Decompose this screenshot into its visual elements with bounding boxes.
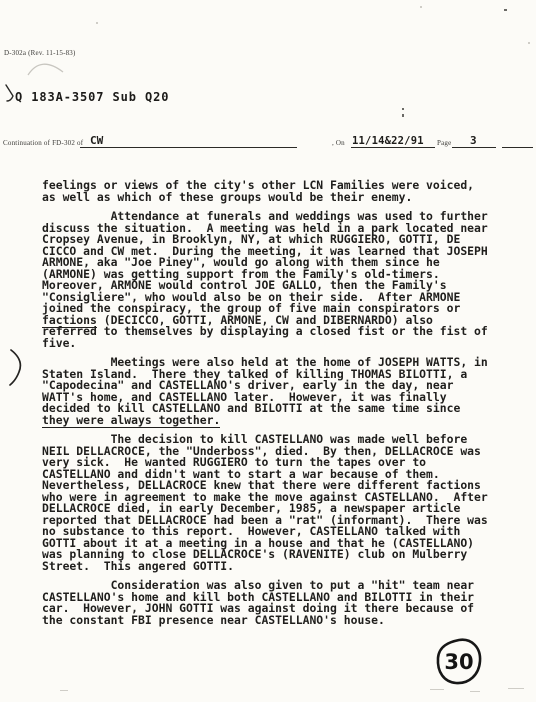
scan-speck — [420, 6, 422, 8]
document-body: feelings or views of the city's other LC… — [42, 180, 512, 634]
paragraph: Meetings were also held at the home of J… — [42, 357, 512, 426]
scan-speck — [402, 108, 404, 110]
on-label: , On — [332, 139, 345, 147]
paragraph: Attendance at funerals and weddings was … — [42, 211, 512, 349]
scan-speck — [504, 9, 507, 11]
form-number: D-302a (Rev. 11-15-83) — [4, 49, 76, 57]
paragraph: feelings or views of the city's other LC… — [42, 180, 512, 203]
page-number-field: 3 — [452, 133, 496, 148]
scan-speck — [508, 688, 524, 689]
circled-page-number: 30 — [444, 650, 473, 674]
margin-paren-annotation — [7, 347, 29, 393]
text-line: Street. This angered GOTTI. — [42, 561, 512, 573]
text-line: as well as which of these groups would b… — [42, 192, 512, 204]
blank-rule-segment — [502, 133, 533, 148]
date-value: 11/14&22/91 — [352, 135, 424, 147]
scan-speck — [470, 691, 480, 692]
text-line: they were always together. — [42, 415, 512, 427]
continuation-header: Continuation of FD-302 of CW , On 11/14&… — [0, 133, 536, 151]
scan-speck — [402, 114, 404, 117]
subject-value: CW — [90, 134, 103, 147]
case-id: Q 183A-3507 Sub Q20 — [15, 90, 169, 104]
scanned-document-page: D-302a (Rev. 11-15-83) Q 183A-3507 Sub Q… — [0, 0, 536, 702]
paragraph: Consideration was also given to put a "h… — [42, 580, 512, 626]
text-line: referred to themselves by displaying a c… — [42, 326, 512, 338]
text-line: five. — [42, 338, 512, 350]
text-line: the constant FBI presence near CASTELLAN… — [42, 615, 512, 627]
scan-speck — [96, 22, 98, 24]
circled-page-annotation: 30 — [433, 637, 485, 687]
date-field: 11/14&22/91 — [351, 133, 435, 148]
page-label: Page — [437, 139, 451, 147]
paragraph: The decision to kill CASTELLANO was made… — [42, 434, 512, 572]
subject-field: CW — [80, 133, 297, 148]
continuation-label: Continuation of FD-302 of — [3, 139, 83, 147]
scan-speck — [60, 690, 68, 691]
pencil-arc-artifact — [27, 59, 65, 83]
page-number-value: 3 — [470, 134, 477, 147]
scan-speck — [528, 42, 530, 44]
scan-speck — [430, 689, 444, 690]
